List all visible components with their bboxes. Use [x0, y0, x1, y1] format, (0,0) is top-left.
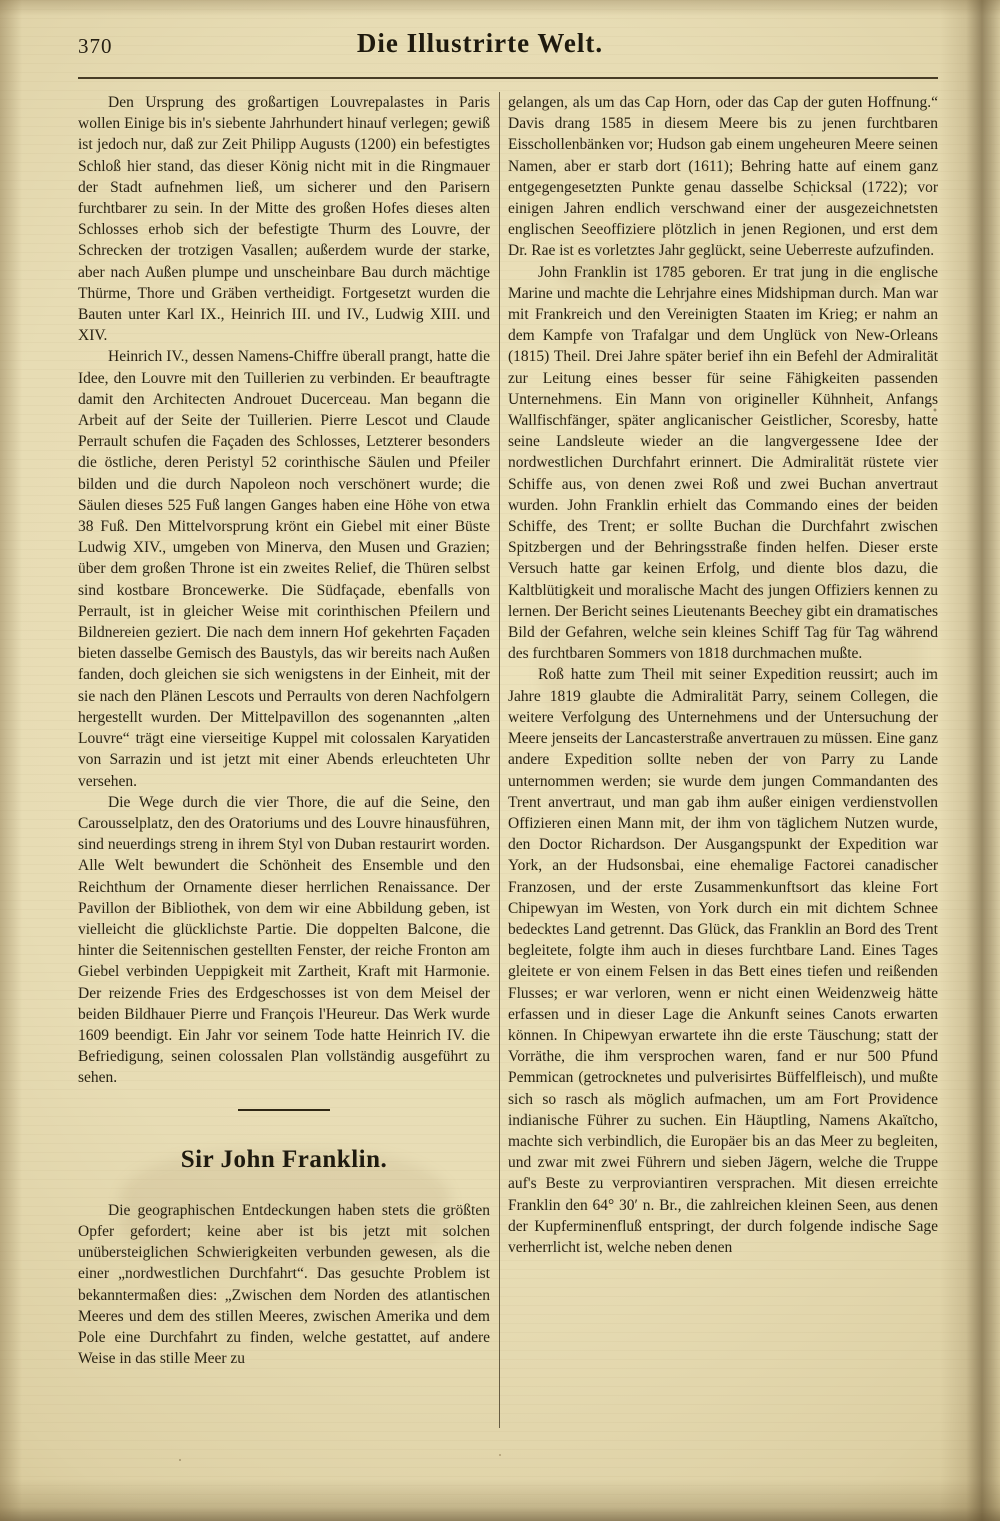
- paragraph-louvre-2: Heinrich IV., dessen Namens-Chiffre über…: [78, 346, 490, 791]
- paragraph-franklin-2: gelangen, als um das Cap Horn, oder das …: [508, 92, 938, 262]
- masthead-title: Die Illustrirte Welt.: [0, 28, 960, 59]
- article-heading-franklin: Sir John Franklin.: [78, 1149, 490, 1170]
- paragraph-louvre-1: Den Ursprung des großartigen Louvrepalas…: [78, 92, 490, 346]
- right-column: gelangen, als um das Cap Horn, oder das …: [508, 92, 938, 1437]
- text-columns: Den Ursprung des großartigen Louvrepalas…: [78, 92, 938, 1437]
- header-rule: [78, 77, 938, 79]
- paragraph-franklin-1: Die geographischen Entdeckungen haben st…: [78, 1200, 490, 1370]
- column-gutter: [490, 92, 508, 1437]
- column-divider-rule: [499, 92, 500, 1428]
- article-separator: [238, 1109, 330, 1111]
- paragraph-franklin-3: John Franklin ist 1785 geboren. Er trat …: [508, 262, 938, 665]
- paragraph-louvre-3: Die Wege durch die vier Thore, die auf d…: [78, 792, 490, 1089]
- left-column: Den Ursprung des großartigen Louvrepalas…: [78, 92, 490, 1437]
- newspaper-page: 370 Die Illustrirte Welt. Den Ursprung d…: [0, 0, 1000, 1521]
- paragraph-franklin-4: Roß hatte zum Theil mit seiner Expeditio…: [508, 664, 938, 1258]
